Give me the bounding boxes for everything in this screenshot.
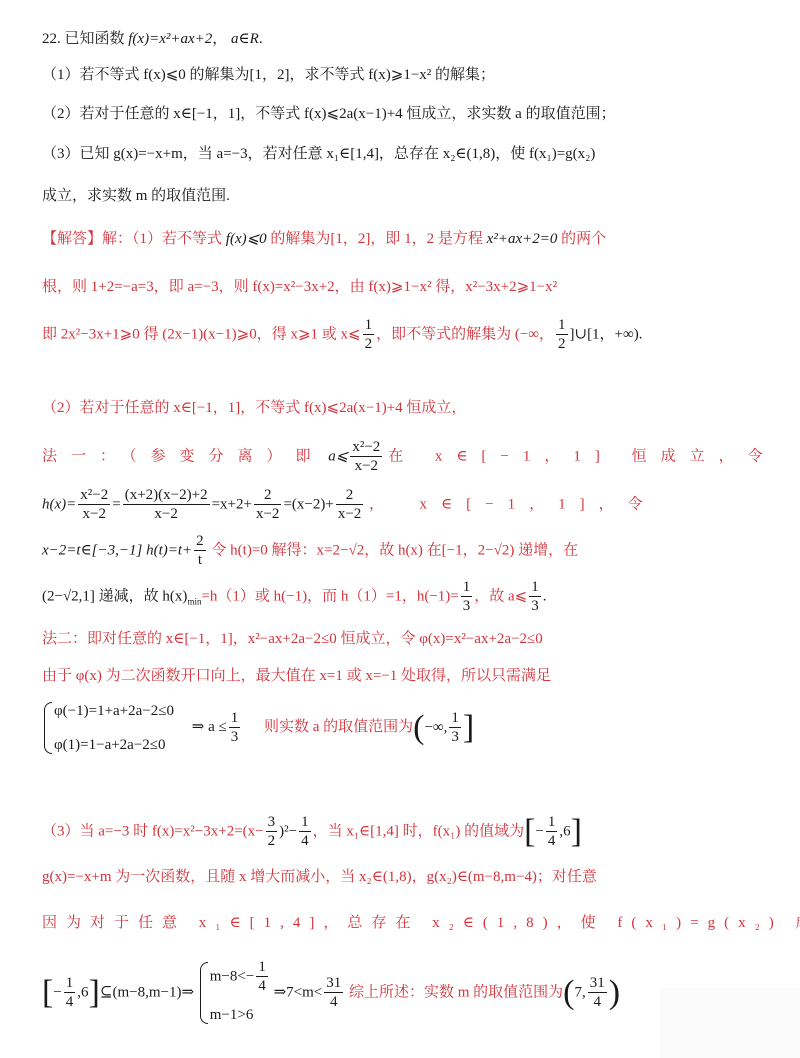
problem-part-3: （3）已知 g(x)=−x+m，当 a=−3，若对任意 x₁∈[1,4]，总存在… xyxy=(42,143,595,165)
solution-part2-method1: 法一：（参变分离）即 a⩽x²−2x−2 在 x∈[−1，1] 恒成立，令 xyxy=(42,440,777,474)
problem-header: 22. 已知函数 f(x)=x²+ax+2， a∈R. xyxy=(42,28,263,50)
solution-header: 【解答】解： xyxy=(42,231,132,247)
solution-part2-t-sub: x−2=t∈[−3,−1] h(t)=t+2t 令 h(t)=0 解得：x=2−… xyxy=(42,534,578,568)
solution-part1-line2: 根，则 1+2=−a=3，即 a=−3，则 f(x)=x²−3x+2，由 f(x… xyxy=(42,276,557,298)
equation-system: φ(−1)=1+a+2a−2≤0 φ(1)=1−a+2a−2≤0 xyxy=(42,700,174,756)
solution-part3-line3: 因为对于任意 x₁∈[1,4]，总存在 x₂∈(1,8)，使 f(x₁)=g(x… xyxy=(42,912,800,934)
fraction: 12 xyxy=(363,318,375,352)
solution-part2-h-def: h(x)=x²−2x−2=(x+2)(x−2)+2x−2=x+2+2x−2=(x… xyxy=(42,488,657,522)
problem-part-2: （2）若对于任意的 x∈[−1，1]，不等式 f(x)⩽2a(x−1)+4 恒成… xyxy=(42,103,616,125)
solution-part1-line3: 即 2x²−3x+1⩾0 得 (2x−1)(x−1)⩾0，得 x⩾1 或 x⩽1… xyxy=(42,318,642,352)
solution-part3-line2: g(x)=−x+m 为一次函数，且随 x 增大而减小，当 x₂∈(1,8)，g(… xyxy=(42,866,597,888)
equation-system: m−8<−14 m−1>6 xyxy=(198,960,270,1026)
fraction: x²−2x−2 xyxy=(350,440,382,474)
problem-part-3-cont: 成立，求实数 m 的取值范围. xyxy=(42,185,230,207)
fraction: 12 xyxy=(556,318,568,352)
watermark-area xyxy=(660,988,800,1058)
problem-part-1: （1）若不等式 f(x)⩽0 的解集为[1，2]，求不等式 f(x)⩾1−x² … xyxy=(42,64,495,86)
solution-part3-line1: （3）当 a=−3 时 f(x)=x²−3x+2=(x−32)²−14，当 x₁… xyxy=(42,815,582,849)
solution-part1-line1: 【解答】解：（1）若不等式 f(x)⩽0 的解集为[1，2]，即 1，2 是方程… xyxy=(42,228,606,250)
solution-part2-method2-line1: 法二：即对任意的 x∈[−1，1]，x²−ax+2a−2≤0 恒成立，令 φ(x… xyxy=(42,628,543,650)
solution-part3-line4: [−14,6]⊆(m−8,m−1)⇒ m−8<−14 m−1>6 ⇒7<m<31… xyxy=(42,960,620,1026)
solution-part2-min: (2−√2,1] 递减，故 h(x)min=h（1）或 h(−1)，而 h（1）… xyxy=(42,580,546,614)
solution-part2-method2-line2: 由于 φ(x) 为二次函数开口向上，最大值在 x=1 或 x=−1 处取得，所以… xyxy=(42,665,551,687)
solution-part2-line1: （2）若对于任意的 x∈[−1，1]，不等式 f(x)⩽2a(x−1)+4 恒成… xyxy=(42,397,466,419)
solution-part2-system: φ(−1)=1+a+2a−2≤0 φ(1)=1−a+2a−2≤0 ⇒ a ≤13… xyxy=(42,700,474,756)
